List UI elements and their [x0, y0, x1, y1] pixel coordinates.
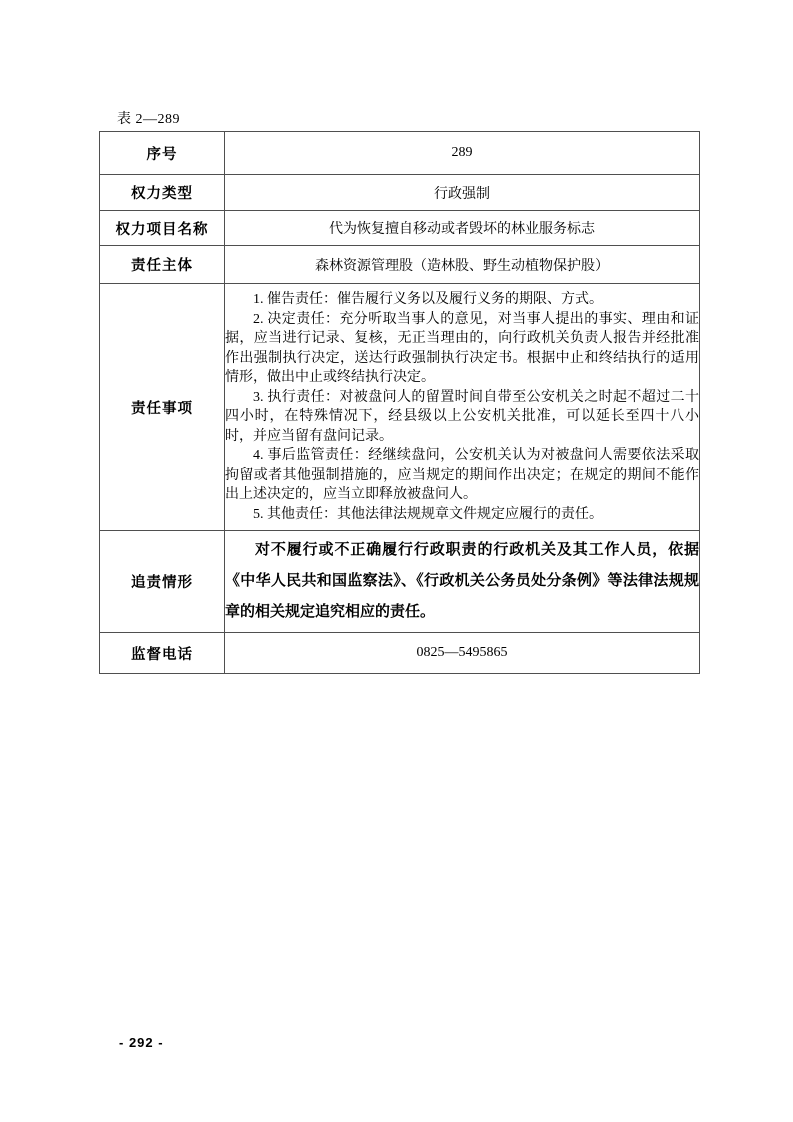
duty-paragraph-2: 2. 决定责任：充分听取当事人的意见，对当事人提出的事实、理由和证据，应当进行记… — [225, 310, 699, 388]
page-number: - 292 - — [119, 1035, 164, 1050]
subject-value: 森林资源管理股（造林股、野生动植物保护股） — [225, 246, 700, 284]
power-name-value: 代为恢复擅自移动或者毁坏的林业服务标志 — [225, 211, 700, 246]
responsibility-table: 序号 289 权力类型 行政强制 权力项目名称 代为恢复擅自移动或者毁坏的林业服… — [99, 131, 700, 674]
duty-paragraph-4: 4. 事后监管责任：经继续盘问，公安机关认为对被盘问人需要依法采取拘留或者其他强… — [225, 446, 699, 505]
table-caption: 表 2—289 — [117, 108, 180, 128]
table-row-serial: 序号 289 — [100, 132, 700, 175]
table-row-power-name: 权力项目名称 代为恢复擅自移动或者毁坏的林业服务标志 — [100, 211, 700, 246]
duty-paragraph-5: 5. 其他责任：其他法律法规规章文件规定应履行的责任。 — [225, 505, 699, 525]
serial-label: 序号 — [100, 132, 225, 175]
table-row-phone: 监督电话 0825—5495865 — [100, 633, 700, 674]
accountability-content: 对不履行或不正确履行行政职责的行政机关及其工作人员，依据《中华人民共和国监察法》… — [225, 531, 700, 633]
duty-label: 责任事项 — [100, 284, 225, 531]
accountability-text: 对不履行或不正确履行行政职责的行政机关及其工作人员，依据《中华人民共和国监察法》… — [225, 535, 699, 628]
phone-value: 0825—5495865 — [225, 633, 700, 674]
document-page: 表 2—289 序号 289 权力类型 行政强制 权力项目名称 代为恢复擅自移动… — [0, 0, 793, 1122]
power-name-label: 权力项目名称 — [100, 211, 225, 246]
duty-content: 1. 催告责任：催告履行义务以及履行义务的期限、方式。 2. 决定责任：充分听取… — [225, 284, 700, 531]
power-type-label: 权力类型 — [100, 175, 225, 211]
duty-paragraph-3: 3. 执行责任：对被盘问人的留置时间自带至公安机关之时起不超过二十四小时，在特殊… — [225, 388, 699, 447]
table-row-accountability: 追责情形 对不履行或不正确履行行政职责的行政机关及其工作人员，依据《中华人民共和… — [100, 531, 700, 633]
serial-value: 289 — [225, 132, 700, 175]
power-type-value: 行政强制 — [225, 175, 700, 211]
table-row-power-type: 权力类型 行政强制 — [100, 175, 700, 211]
accountability-label: 追责情形 — [100, 531, 225, 633]
subject-label: 责任主体 — [100, 246, 225, 284]
phone-label: 监督电话 — [100, 633, 225, 674]
table-row-duty: 责任事项 1. 催告责任：催告履行义务以及履行义务的期限、方式。 2. 决定责任… — [100, 284, 700, 531]
table-row-subject: 责任主体 森林资源管理股（造林股、野生动植物保护股） — [100, 246, 700, 284]
duty-paragraph-1: 1. 催告责任：催告履行义务以及履行义务的期限、方式。 — [225, 290, 699, 310]
